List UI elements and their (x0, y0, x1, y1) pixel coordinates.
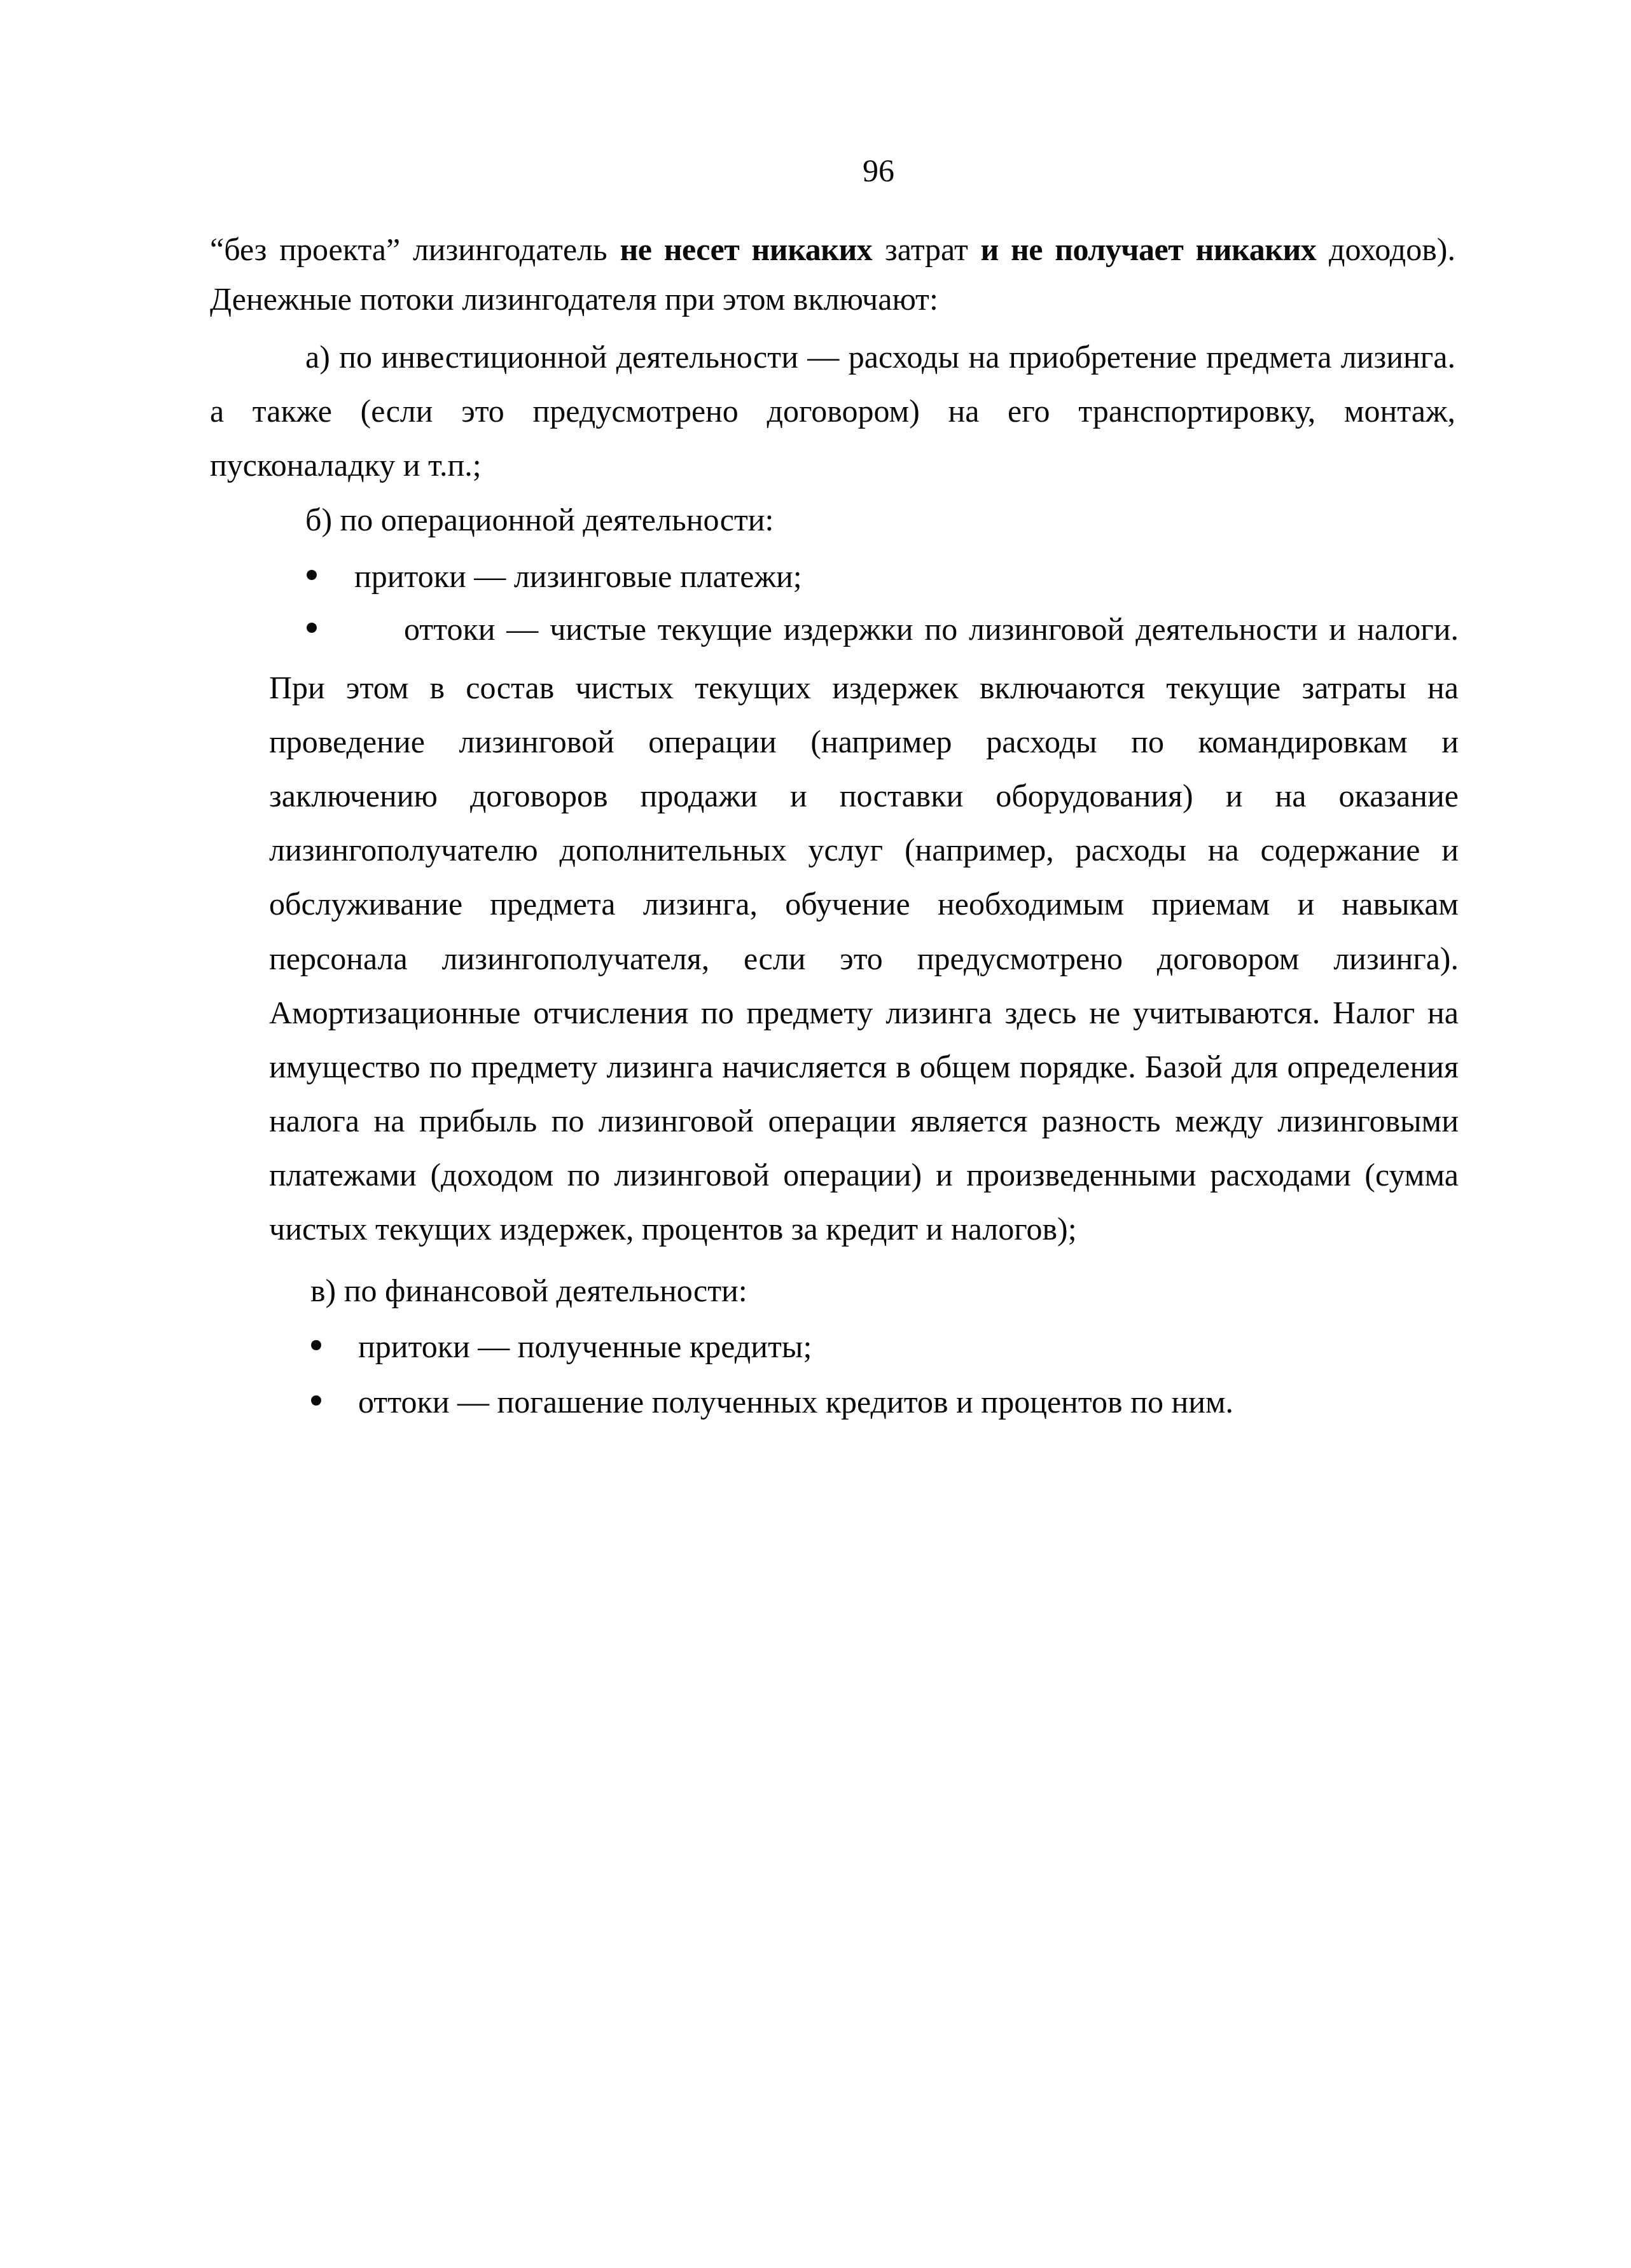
paragraph-line: чистых текущих издержек, процентов за кр… (269, 1211, 1077, 1247)
bullet-icon (311, 1395, 321, 1406)
section-c-bullet-2: оттоки — погашение полученных кредитов и… (358, 1384, 1233, 1420)
section-a-line-1: а) по инвестиционной деятельности — расх… (305, 339, 1455, 375)
paragraph-line: заключению договоров продажи и поставки … (269, 778, 1459, 813)
section-a-line-3: пусконаладку и т.п.; (210, 447, 482, 483)
paragraph-line: Амортизационные отчисления по предмету л… (269, 995, 1459, 1030)
intro-emphasis: не несет никаких (620, 232, 873, 267)
intro-text: затрат (885, 232, 968, 267)
intro-text: доходов). (1329, 232, 1455, 267)
section-b-bullet-1: притоки — лизинговые платежи; (354, 558, 802, 594)
intro-text: “без проекта” лизингодатель (210, 232, 607, 267)
paragraph-line: платежами (доходом по лизинговой операци… (269, 1157, 1459, 1193)
paragraph-line: лизингополучателю дополнительных услуг (… (269, 832, 1459, 868)
section-b-heading: б) по операционной деятельности: (305, 502, 774, 537)
intro-line-2: Денежные потоки лизингодателя при этом в… (210, 281, 938, 317)
paragraph-line: При этом в состав чистых текущих издерже… (269, 670, 1459, 705)
paragraph-line: обслуживание предмета лизинга, обучение … (269, 886, 1459, 922)
paragraph-line: проведение лизинговой операции (например… (269, 724, 1459, 759)
page-number: 96 (847, 155, 910, 186)
bullet-icon (311, 1340, 321, 1350)
section-b-bullet-2: оттоки — чистые текущие издержки по лизи… (404, 611, 1459, 647)
section-c-bullet-1: притоки — полученные кредиты; (358, 1329, 812, 1364)
intro-line-1: “без проекта” лизингодатель не несет ник… (210, 232, 1455, 267)
paragraph-line: имущество по предмету лизинга начисляетс… (269, 1049, 1459, 1084)
section-c-heading: в) по финансовой деятельности: (310, 1273, 747, 1308)
paragraph-line: персонала лизингополучателя, если это пр… (269, 941, 1459, 976)
document-page: 96 “без проекта” лизингодатель не несет … (0, 0, 1631, 2268)
bullet-icon (307, 570, 317, 580)
bullet-icon (307, 623, 317, 633)
intro-emphasis: и не получает никаких (981, 232, 1317, 267)
paragraph-line: налога на прибыль по лизинговой операции… (269, 1103, 1459, 1138)
section-a-line-2: а также (если это предусмотрено договоро… (210, 393, 1455, 429)
